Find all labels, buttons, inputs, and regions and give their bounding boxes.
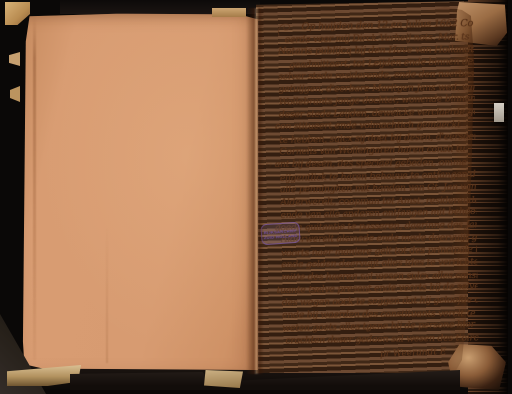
left-blank-page [22,13,258,370]
parchment-strip-top [212,8,246,17]
page-crease [33,17,36,360]
archive-stamp: RIJKSARCHIEF ZUID·HOLLAND [260,222,300,246]
archive-stamp-line2: ZUID·HOLLAND [264,232,298,239]
handwritten-text-block: Op huijden den 12.en Julius 1662 Compare… [271,18,478,347]
book-gutter-shadow [246,8,264,374]
parchment-corner-top-left [5,2,30,25]
parchment-edge-fragment [9,52,20,66]
open-manuscript-book-photo: Op huijden den 12.en Julius 1662 Compare… [0,0,512,394]
marginal-smudge: Ji [264,288,271,298]
paper-bookmark-tab [494,103,504,122]
page-crease-faint [106,227,108,363]
parchment-tab-bottom-gutter [204,370,243,388]
parchment-edge-fragment [10,86,20,102]
